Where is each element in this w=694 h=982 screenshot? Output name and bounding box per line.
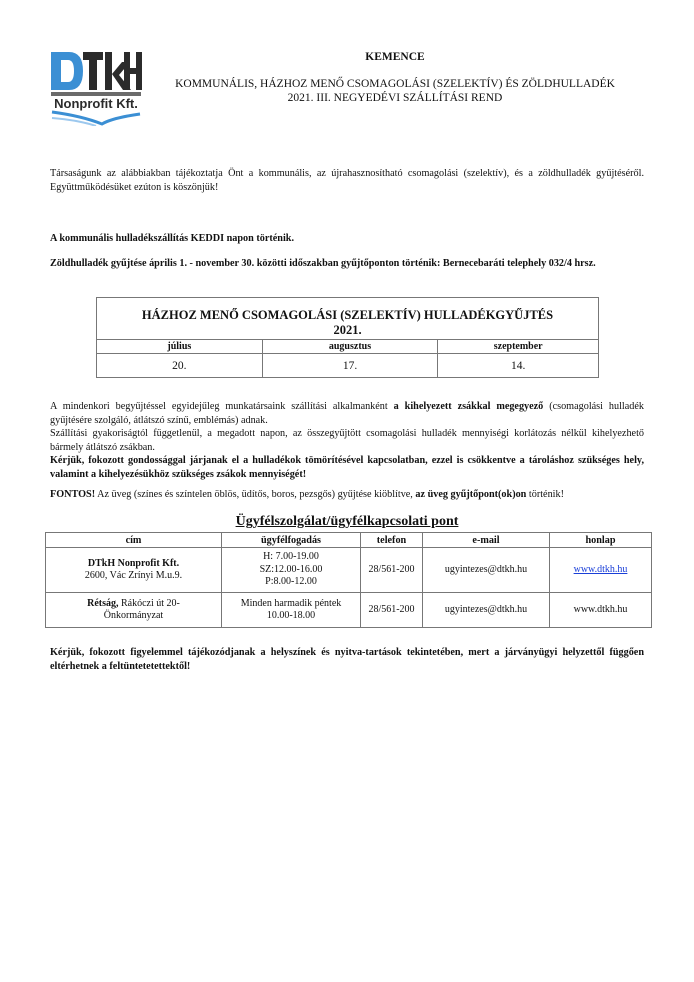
- email-cell: ugyintezes@dtkh.hu: [423, 593, 550, 628]
- collection-day: 17.: [262, 354, 438, 378]
- document-subtitle: KOMMUNÁLIS, HÁZHOZ MENŐ CSOMAGOLÁSI (SZE…: [140, 77, 650, 105]
- town-title: KEMENCE: [140, 51, 650, 63]
- dtkh-logo: Nonprofit Kft.: [50, 48, 142, 126]
- table-row: DTkH Nonprofit Kft. 2600, Vác Zrínyi M.u…: [46, 548, 652, 593]
- svg-text:Nonprofit Kft.: Nonprofit Kft.: [54, 96, 138, 111]
- website-cell: www.dtkh.hu: [550, 593, 652, 628]
- address-cell: DTkH Nonprofit Kft. 2600, Vác Zrínyi M.u…: [46, 548, 222, 593]
- communal-notice: A kommunális hulladékszállítás KEDDI nap…: [50, 232, 644, 246]
- month-header: szeptember: [438, 340, 599, 354]
- website-cell: www.dtkh.hu: [550, 548, 652, 593]
- phone-cell: 28/561-200: [361, 548, 423, 593]
- intro-paragraph: Társaságunk az alábbiakban tájékoztatja …: [50, 167, 644, 194]
- bags-frequency-paragraph: Szállítási gyakoriságtól függetlenül, a …: [50, 427, 644, 454]
- green-waste-notice: Zöldhulladék gyűjtése április 1. - novem…: [50, 257, 644, 271]
- customer-service-table: cím ügyfélfogadás telefon e-mail honlap …: [45, 532, 652, 628]
- dtkh-logo-icon: Nonprofit Kft.: [50, 48, 142, 126]
- address-cell: Rétság, Rákóczi út 20- Önkormányzat: [46, 593, 222, 628]
- table-row: Rétság, Rákóczi út 20- Önkormányzat Mind…: [46, 593, 652, 628]
- closing-notice: Kérjük, fokozott figyelemmel tájékozódja…: [50, 646, 644, 673]
- hours-cell: Minden harmadik péntek 10.00-18.00: [222, 593, 361, 628]
- schedule-title: HÁZHOZ MENŐ CSOMAGOLÁSI (SZELEKTÍV) HULL…: [97, 298, 599, 340]
- email-cell: ugyintezes@dtkh.hu: [423, 548, 550, 593]
- table-header-row: cím ügyfélfogadás telefon e-mail honlap: [46, 533, 652, 548]
- glass-notice: FONTOS! Az üveg (színes és színtelen öbl…: [50, 488, 644, 502]
- subtitle-line-2: 2021. III. NEGYEDÉVI SZÁLLÍTÁSI REND: [140, 91, 650, 105]
- selective-collection-schedule: HÁZHOZ MENŐ CSOMAGOLÁSI (SZELEKTÍV) HULL…: [96, 297, 599, 378]
- compaction-request: Kérjük, fokozott gondossággal járjanak e…: [50, 454, 644, 481]
- month-header: augusztus: [262, 340, 438, 354]
- customer-service-title: Ügyfélszolgálat/ügyfélkapcsolati pont: [50, 514, 644, 530]
- month-header: július: [97, 340, 263, 354]
- bags-paragraph: A mindenkori begyűjtéssel egyidejűleg mu…: [50, 400, 644, 427]
- hours-cell: H: 7.00-19.00 SZ:12.00-16.00 P:8.00-12.0…: [222, 548, 361, 593]
- collection-day: 20.: [97, 354, 263, 378]
- collection-day: 14.: [438, 354, 599, 378]
- phone-cell: 28/561-200: [361, 593, 423, 628]
- subtitle-line-1: KOMMUNÁLIS, HÁZHOZ MENŐ CSOMAGOLÁSI (SZE…: [140, 77, 650, 91]
- website-link[interactable]: www.dtkh.hu: [574, 564, 628, 575]
